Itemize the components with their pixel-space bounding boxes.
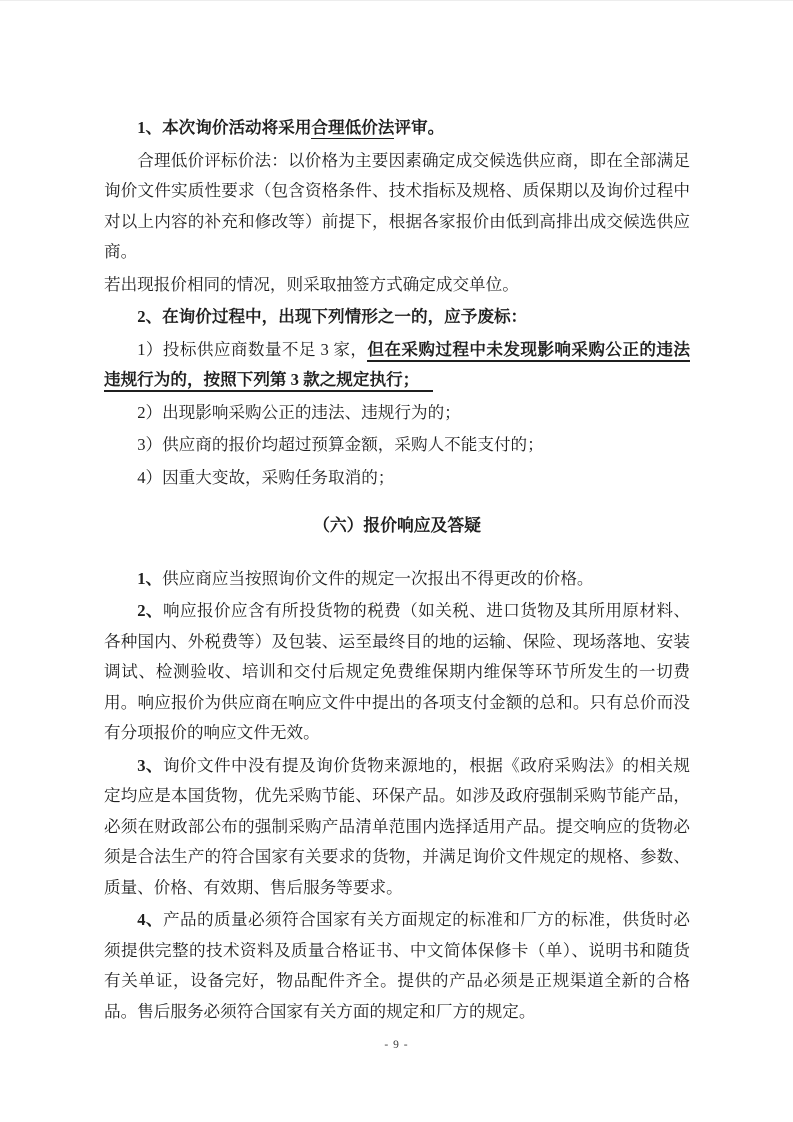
- response-item-3-number: 3、: [137, 756, 163, 775]
- subitem-2-illegal-conduct: 2）出现影响采购公正的违法、违规行为的；: [104, 398, 690, 429]
- document-page: 1、本次询价活动将采用合理低价法评审。 合理低价评标价法：以价格为主要因素确定成…: [0, 0, 793, 1122]
- response-item-4: 4、产品的质量必须符合国家有关方面规定的标准和厂方的标准，供货时必须提供完整的技…: [104, 905, 690, 1027]
- page-number: - 9 -: [0, 1039, 793, 1051]
- clause-1-underlined-term: 合理低价法: [311, 118, 394, 139]
- response-item-1-number: 1、: [137, 569, 162, 588]
- response-item-4-text: 产品的质量必须符合国家有关方面规定的标准和厂方的标准，供货时必须提供完整的技术资…: [104, 910, 690, 1021]
- document-content: 1、本次询价活动将采用合理低价法评审。 合理低价评标价法：以价格为主要因素确定成…: [104, 113, 690, 1029]
- subitem-1-insufficient-suppliers: 1）投标供应商数量不足 3 家，但在采购过程中未发现影响采购公正的违法违规行为的…: [104, 335, 690, 396]
- subitem-4-task-cancelled: 4）因重大变故，采购任务取消的；: [104, 463, 690, 494]
- response-item-4-number: 4、: [137, 910, 163, 929]
- response-item-3: 3、询价文件中没有提及询价货物来源地的，根据《政府采购法》的相关规定均应是本国货…: [104, 751, 690, 904]
- response-item-1-text: 供应商应当按照询价文件的规定一次报出不得更改的价格。: [162, 569, 593, 588]
- response-item-1: 1、供应商应当按照询价文件的规定一次报出不得更改的价格。: [104, 564, 690, 595]
- subitem-1-pre-text: 1）投标供应商数量不足 3 家，: [137, 340, 367, 359]
- section-heading-six-quotation-response: （六）报价响应及答疑: [104, 511, 690, 542]
- para-tie-breaker: 若出现报价相同的情况，则采取抽签方式确定成交单位。: [104, 270, 690, 301]
- clause-2-invalid-bid-heading: 2、在询价过程中，出现下列情形之一的，应予废标：: [104, 302, 690, 333]
- clause-1-evaluation-method: 1、本次询价活动将采用合理低价法评审。: [104, 113, 690, 144]
- response-item-3-text: 询价文件中没有提及询价货物来源地的，根据《政府采购法》的相关规定均应是本国货物，…: [104, 756, 690, 897]
- response-item-2-number: 2、: [137, 601, 163, 620]
- clause-1-post-text: 评审。: [394, 118, 444, 137]
- response-item-2: 2、响应报价应含有所投货物的税费（如关税、进口货物及其所用原材料、各种国内、外税…: [104, 596, 690, 749]
- clause-1-pre-text: 1、本次询价活动将采用: [137, 118, 311, 137]
- response-item-2-text: 响应报价应含有所投货物的税费（如关税、进口货物及其所用原材料、各种国内、外税费等…: [104, 601, 690, 742]
- para-method-definition: 合理低价评标价法：以价格为主要因素确定成交候选供应商，即在全部满足询价文件实质性…: [104, 146, 690, 268]
- subitem-3-over-budget: 3）供应商的报价均超过预算金额，采购人不能支付的；: [104, 430, 690, 461]
